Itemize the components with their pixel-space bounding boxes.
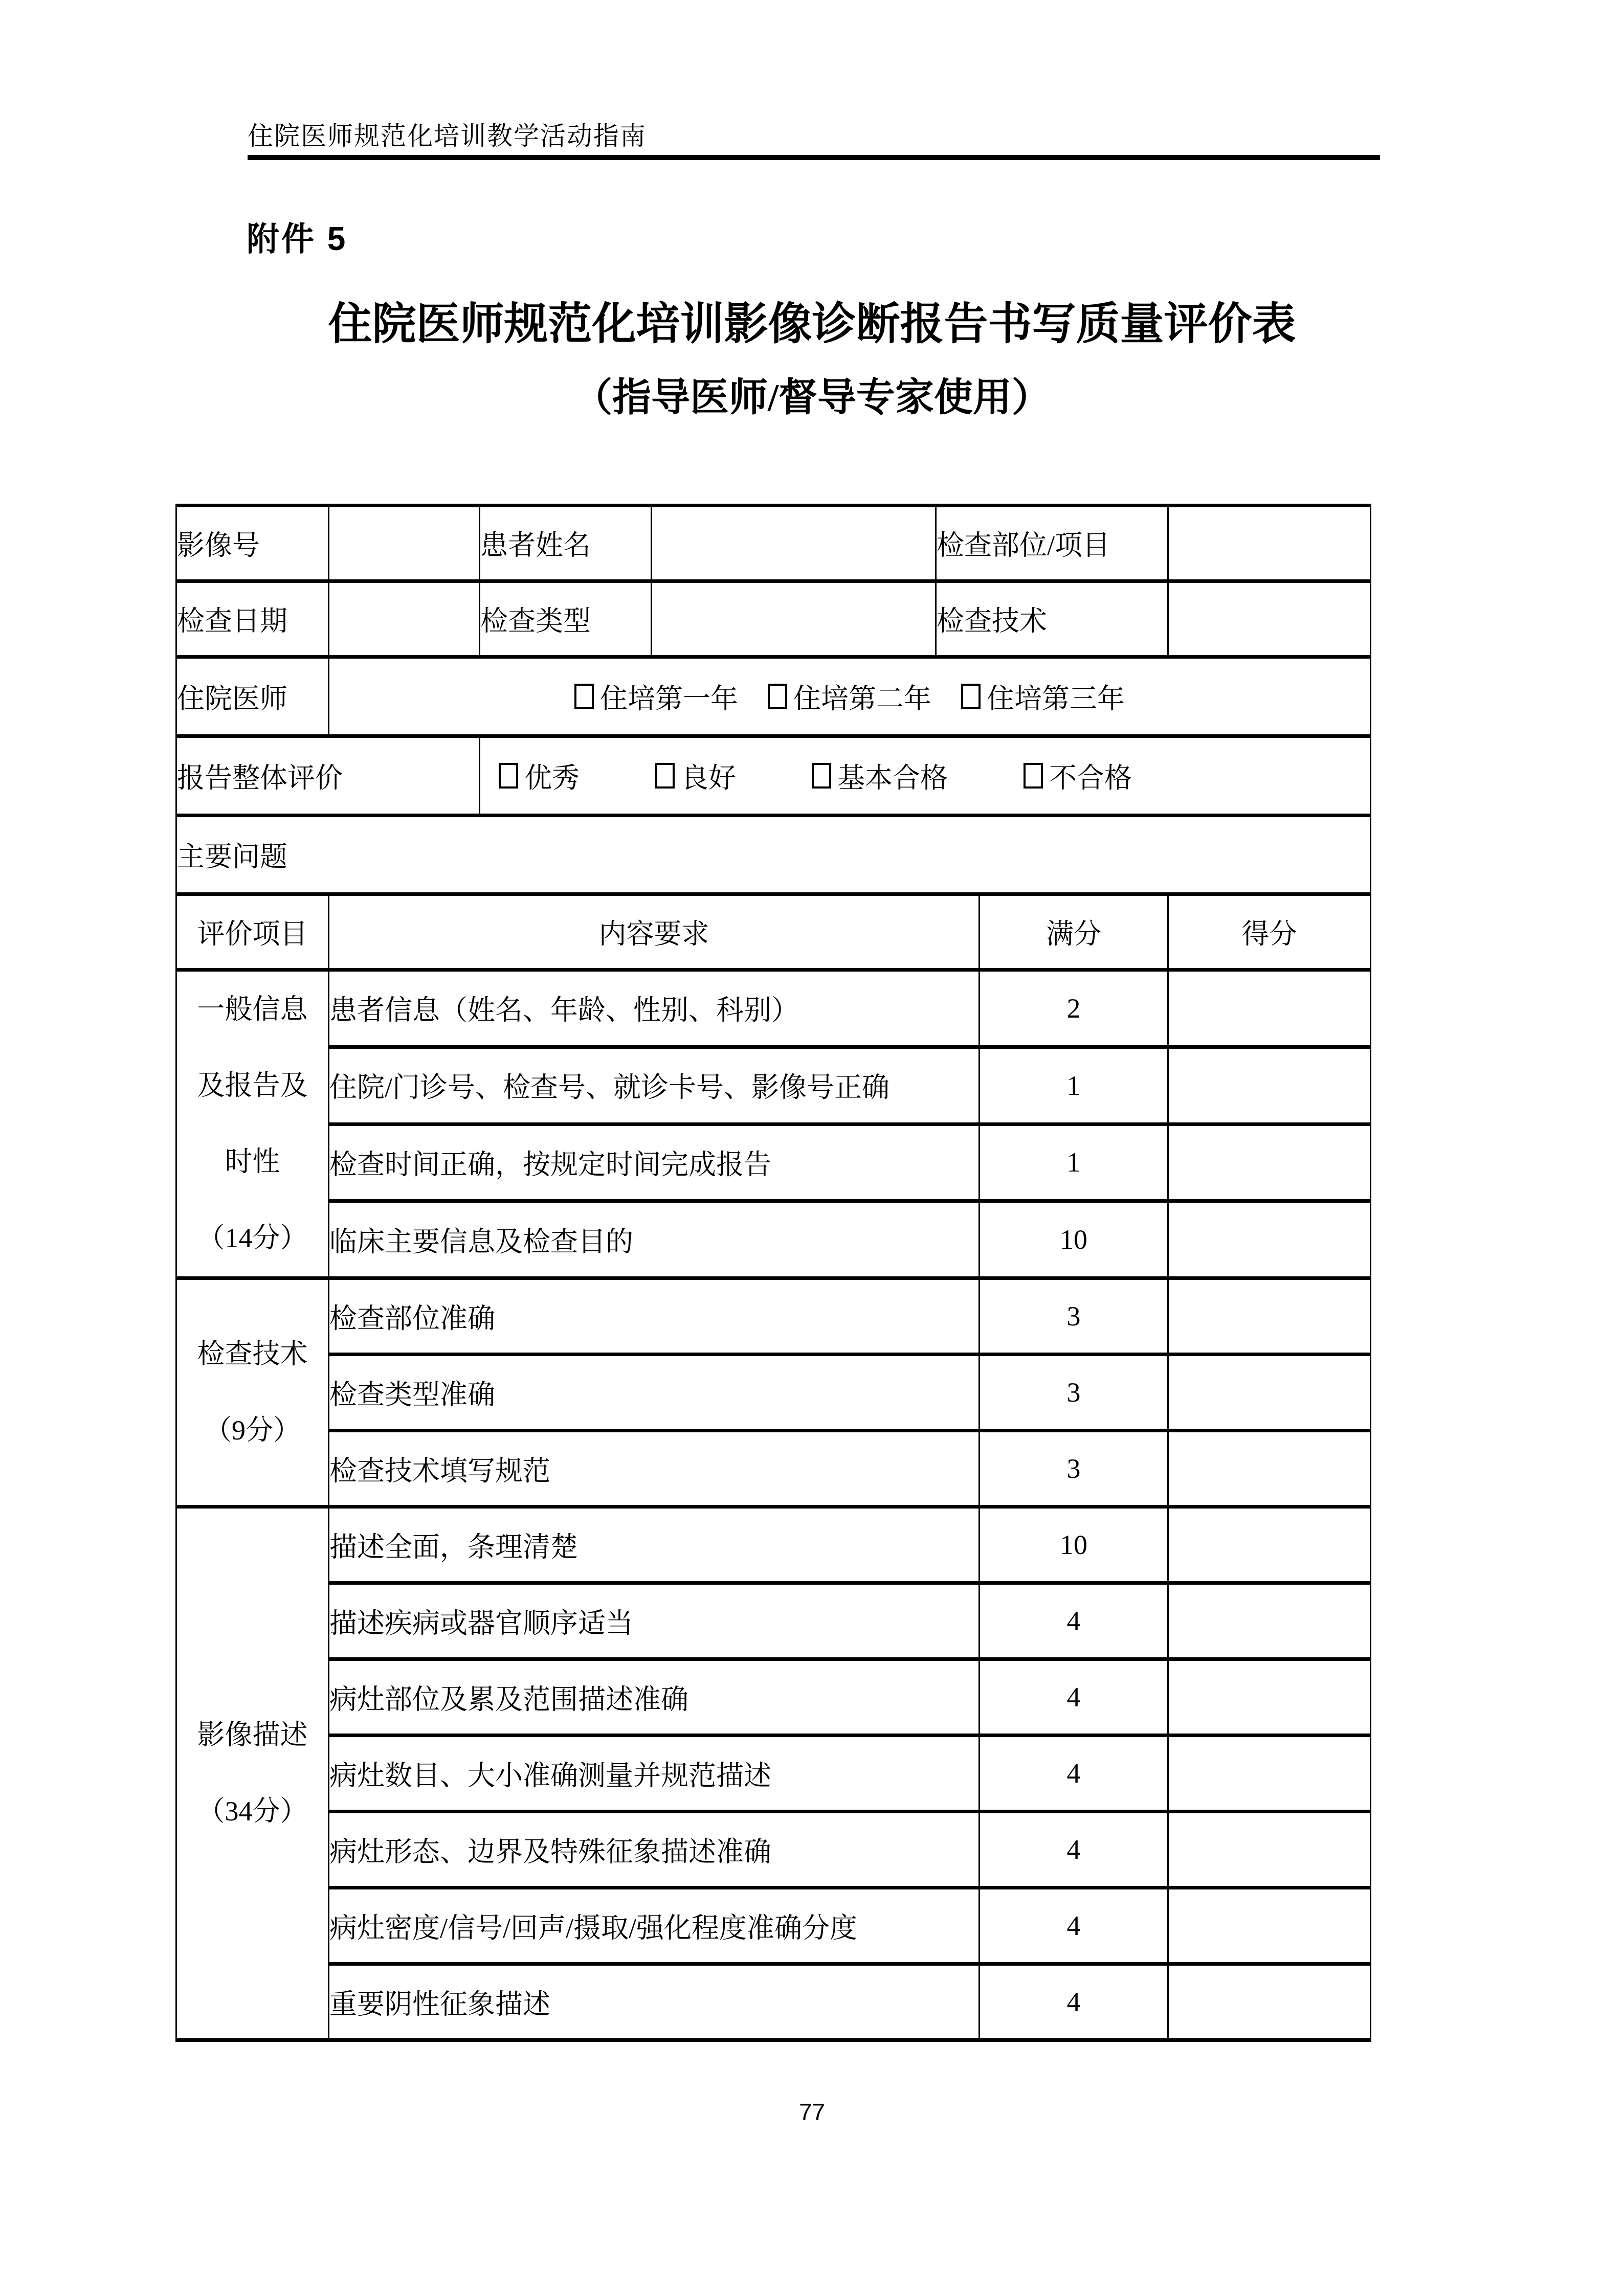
checkbox-icon[interactable] xyxy=(1024,763,1043,789)
option-label: 住培第一年 xyxy=(600,677,738,716)
resident-year-option-1: 住培第一年 xyxy=(574,677,738,716)
max-score-cell: 4 xyxy=(980,1736,1168,1812)
score-input-cell[interactable] xyxy=(1168,1583,1371,1659)
max-score-cell: 3 xyxy=(980,1278,1168,1355)
document-subtitle: （指导医师/督导专家使用） xyxy=(0,366,1624,422)
max-score-cell: 4 xyxy=(980,1888,1168,1964)
table-row: 一般信息 及报告及 时性 （14分） 患者信息（姓名、年龄、性别、科别） 2 xyxy=(176,970,1371,1047)
max-score-cell: 10 xyxy=(980,1507,1168,1583)
checkbox-icon[interactable] xyxy=(655,763,675,789)
option-label: 优秀 xyxy=(524,756,580,796)
table-row: 描述疾病或器官顺序适当 4 xyxy=(176,1583,1371,1659)
score-input-cell[interactable] xyxy=(1168,1355,1371,1431)
max-score-cell: 1 xyxy=(980,1124,1168,1201)
requirement-cell: 描述疾病或器官顺序适当 xyxy=(329,1583,980,1659)
image-number-input-cell[interactable] xyxy=(329,506,480,581)
option-label: 良好 xyxy=(681,756,736,796)
requirement-cell: 病灶部位及累及范围描述准确 xyxy=(329,1659,980,1736)
resident-year-option-2: 住培第二年 xyxy=(768,677,931,716)
exam-technique-label: 检查技术 xyxy=(936,581,1168,657)
table-row: 检查类型准确 3 xyxy=(176,1355,1371,1431)
group-label-general-info: 一般信息 及报告及 时性 （14分） xyxy=(176,970,329,1278)
requirement-cell: 检查部位准确 xyxy=(329,1278,980,1355)
table-row-resident: 住院医师 住培第一年 住培第二年 住培第三年 xyxy=(176,657,1371,736)
max-score-cell: 3 xyxy=(980,1431,1168,1507)
requirement-cell: 检查类型准确 xyxy=(329,1355,980,1431)
checkbox-icon[interactable] xyxy=(768,684,787,709)
group-label-image-description: 影像描述 （34分） xyxy=(176,1507,329,2040)
score-input-cell[interactable] xyxy=(1168,1047,1371,1124)
overall-evaluation-label: 报告整体评价 xyxy=(176,736,480,816)
table-row: 检查时间正确，按规定时间完成报告 1 xyxy=(176,1124,1371,1201)
max-score-cell: 3 xyxy=(980,1355,1168,1431)
max-score-cell: 10 xyxy=(980,1201,1168,1278)
document-title: 住院医师规范化培训影像诊断报告书写质量评价表 xyxy=(0,288,1624,352)
option-label: 住培第三年 xyxy=(987,677,1125,716)
table-row-image-number: 影像号 患者姓名 检查部位/项目 xyxy=(176,506,1371,581)
evaluation-form-table: 影像号 患者姓名 检查部位/项目 检查日期 检查类型 检查技术 住院医师 xyxy=(175,504,1371,2042)
requirement-cell: 重要阴性征象描述 xyxy=(329,1964,980,2040)
image-number-label: 影像号 xyxy=(176,506,329,581)
table-row: 住院/门诊号、检查号、就诊卡号、影像号正确 1 xyxy=(176,1047,1371,1124)
requirement-cell: 临床主要信息及检查目的 xyxy=(329,1201,980,1278)
requirement-cell: 检查时间正确，按规定时间完成报告 xyxy=(329,1124,980,1201)
page-number: 77 xyxy=(0,2098,1624,2126)
table-row: 病灶形态、边界及特殊征象描述准确 4 xyxy=(176,1812,1371,1888)
group-label-exam-technique: 检查技术 （9分） xyxy=(176,1278,329,1507)
overall-evaluation-options: 优秀 良好 基本合格 不合格 xyxy=(480,756,1370,796)
exam-site-label: 检查部位/项目 xyxy=(936,506,1168,581)
score-input-cell[interactable] xyxy=(1168,1507,1371,1583)
checkbox-icon[interactable] xyxy=(961,684,981,709)
overall-option-unqualified: 不合格 xyxy=(1024,756,1132,796)
exam-date-label: 检查日期 xyxy=(176,581,329,657)
main-issues-label: 主要问题 xyxy=(176,816,1371,894)
max-score-cell: 4 xyxy=(980,1812,1168,1888)
exam-type-input-cell[interactable] xyxy=(652,581,936,657)
table-row-score-header: 评价项目 内容要求 满分 得分 xyxy=(176,894,1371,970)
attachment-label: 附件 5 xyxy=(247,213,347,260)
checkbox-icon[interactable] xyxy=(812,763,831,789)
overall-option-excellent: 优秀 xyxy=(499,756,580,796)
checkbox-icon[interactable] xyxy=(574,684,594,709)
exam-technique-input-cell[interactable] xyxy=(1168,581,1371,657)
score-header-score: 得分 xyxy=(1168,894,1371,970)
score-input-cell[interactable] xyxy=(1168,1888,1371,1964)
table-row-main-issues: 主要问题 xyxy=(176,816,1371,894)
score-header-item: 评价项目 xyxy=(176,894,329,970)
overall-option-basically-qualified: 基本合格 xyxy=(812,756,948,796)
exam-type-label: 检查类型 xyxy=(480,581,652,657)
score-header-max: 满分 xyxy=(980,894,1168,970)
resident-year-options-cell: 住培第一年 住培第二年 住培第三年 xyxy=(329,657,1371,736)
score-input-cell[interactable] xyxy=(1168,1659,1371,1736)
score-input-cell[interactable] xyxy=(1168,970,1371,1047)
score-input-cell[interactable] xyxy=(1168,1124,1371,1201)
score-input-cell[interactable] xyxy=(1168,1964,1371,2040)
overall-option-good: 良好 xyxy=(655,756,736,796)
table-row-exam-date: 检查日期 检查类型 检查技术 xyxy=(176,581,1371,657)
score-input-cell[interactable] xyxy=(1168,1201,1371,1278)
option-label: 不合格 xyxy=(1049,756,1132,796)
table-row: 病灶部位及累及范围描述准确 4 xyxy=(176,1659,1371,1736)
requirement-cell: 描述全面，条理清楚 xyxy=(329,1507,980,1583)
table-row: 检查技术 （9分） 检查部位准确 3 xyxy=(176,1278,1371,1355)
max-score-cell: 1 xyxy=(980,1047,1168,1124)
max-score-cell: 4 xyxy=(980,1583,1168,1659)
patient-name-label: 患者姓名 xyxy=(480,506,652,581)
resident-label: 住院医师 xyxy=(176,657,329,736)
table-row: 病灶数目、大小准确测量并规范描述 4 xyxy=(176,1736,1371,1812)
score-input-cell[interactable] xyxy=(1168,1431,1371,1507)
score-input-cell[interactable] xyxy=(1168,1278,1371,1355)
score-header-content: 内容要求 xyxy=(329,894,980,970)
running-header-text: 住院医师规范化培训教学活动指南 xyxy=(248,116,647,152)
requirement-cell: 病灶形态、边界及特殊征象描述准确 xyxy=(329,1812,980,1888)
max-score-cell: 4 xyxy=(980,1964,1168,2040)
option-label: 住培第二年 xyxy=(793,677,931,716)
score-input-cell[interactable] xyxy=(1168,1736,1371,1812)
table-row: 影像描述 （34分） 描述全面，条理清楚 10 xyxy=(176,1507,1371,1583)
requirement-cell: 病灶数目、大小准确测量并规范描述 xyxy=(329,1736,980,1812)
requirement-cell: 检查技术填写规范 xyxy=(329,1431,980,1507)
header-rule xyxy=(248,155,1380,160)
max-score-cell: 4 xyxy=(980,1659,1168,1736)
document-page: 住院医师规范化培训教学活动指南 附件 5 住院医师规范化培训影像诊断报告书写质量… xyxy=(0,0,1624,2296)
table-row-overall-evaluation: 报告整体评价 优秀 良好 基本合格 xyxy=(176,736,1371,816)
requirement-cell: 患者信息（姓名、年龄、性别、科别） xyxy=(329,970,980,1047)
resident-year-option-3: 住培第三年 xyxy=(961,677,1125,716)
option-label: 基本合格 xyxy=(837,756,948,796)
exam-site-input-cell[interactable] xyxy=(1168,506,1371,581)
table-row: 检查技术填写规范 3 xyxy=(176,1431,1371,1507)
patient-name-input-cell[interactable] xyxy=(652,506,936,581)
requirement-cell: 病灶密度/信号/回声/摄取/强化程度准确分度 xyxy=(329,1888,980,1964)
table-row: 病灶密度/信号/回声/摄取/强化程度准确分度 4 xyxy=(176,1888,1371,1964)
checkbox-icon[interactable] xyxy=(499,763,518,789)
overall-evaluation-options-cell: 优秀 良好 基本合格 不合格 xyxy=(480,736,1371,816)
max-score-cell: 2 xyxy=(980,970,1168,1047)
table-row: 重要阴性征象描述 4 xyxy=(176,1964,1371,2040)
score-input-cell[interactable] xyxy=(1168,1812,1371,1888)
resident-year-options: 住培第一年 住培第二年 住培第三年 xyxy=(329,677,1370,716)
exam-date-input-cell[interactable] xyxy=(329,581,480,657)
table-row: 临床主要信息及检查目的 10 xyxy=(176,1201,1371,1278)
requirement-cell: 住院/门诊号、检查号、就诊卡号、影像号正确 xyxy=(329,1047,980,1124)
